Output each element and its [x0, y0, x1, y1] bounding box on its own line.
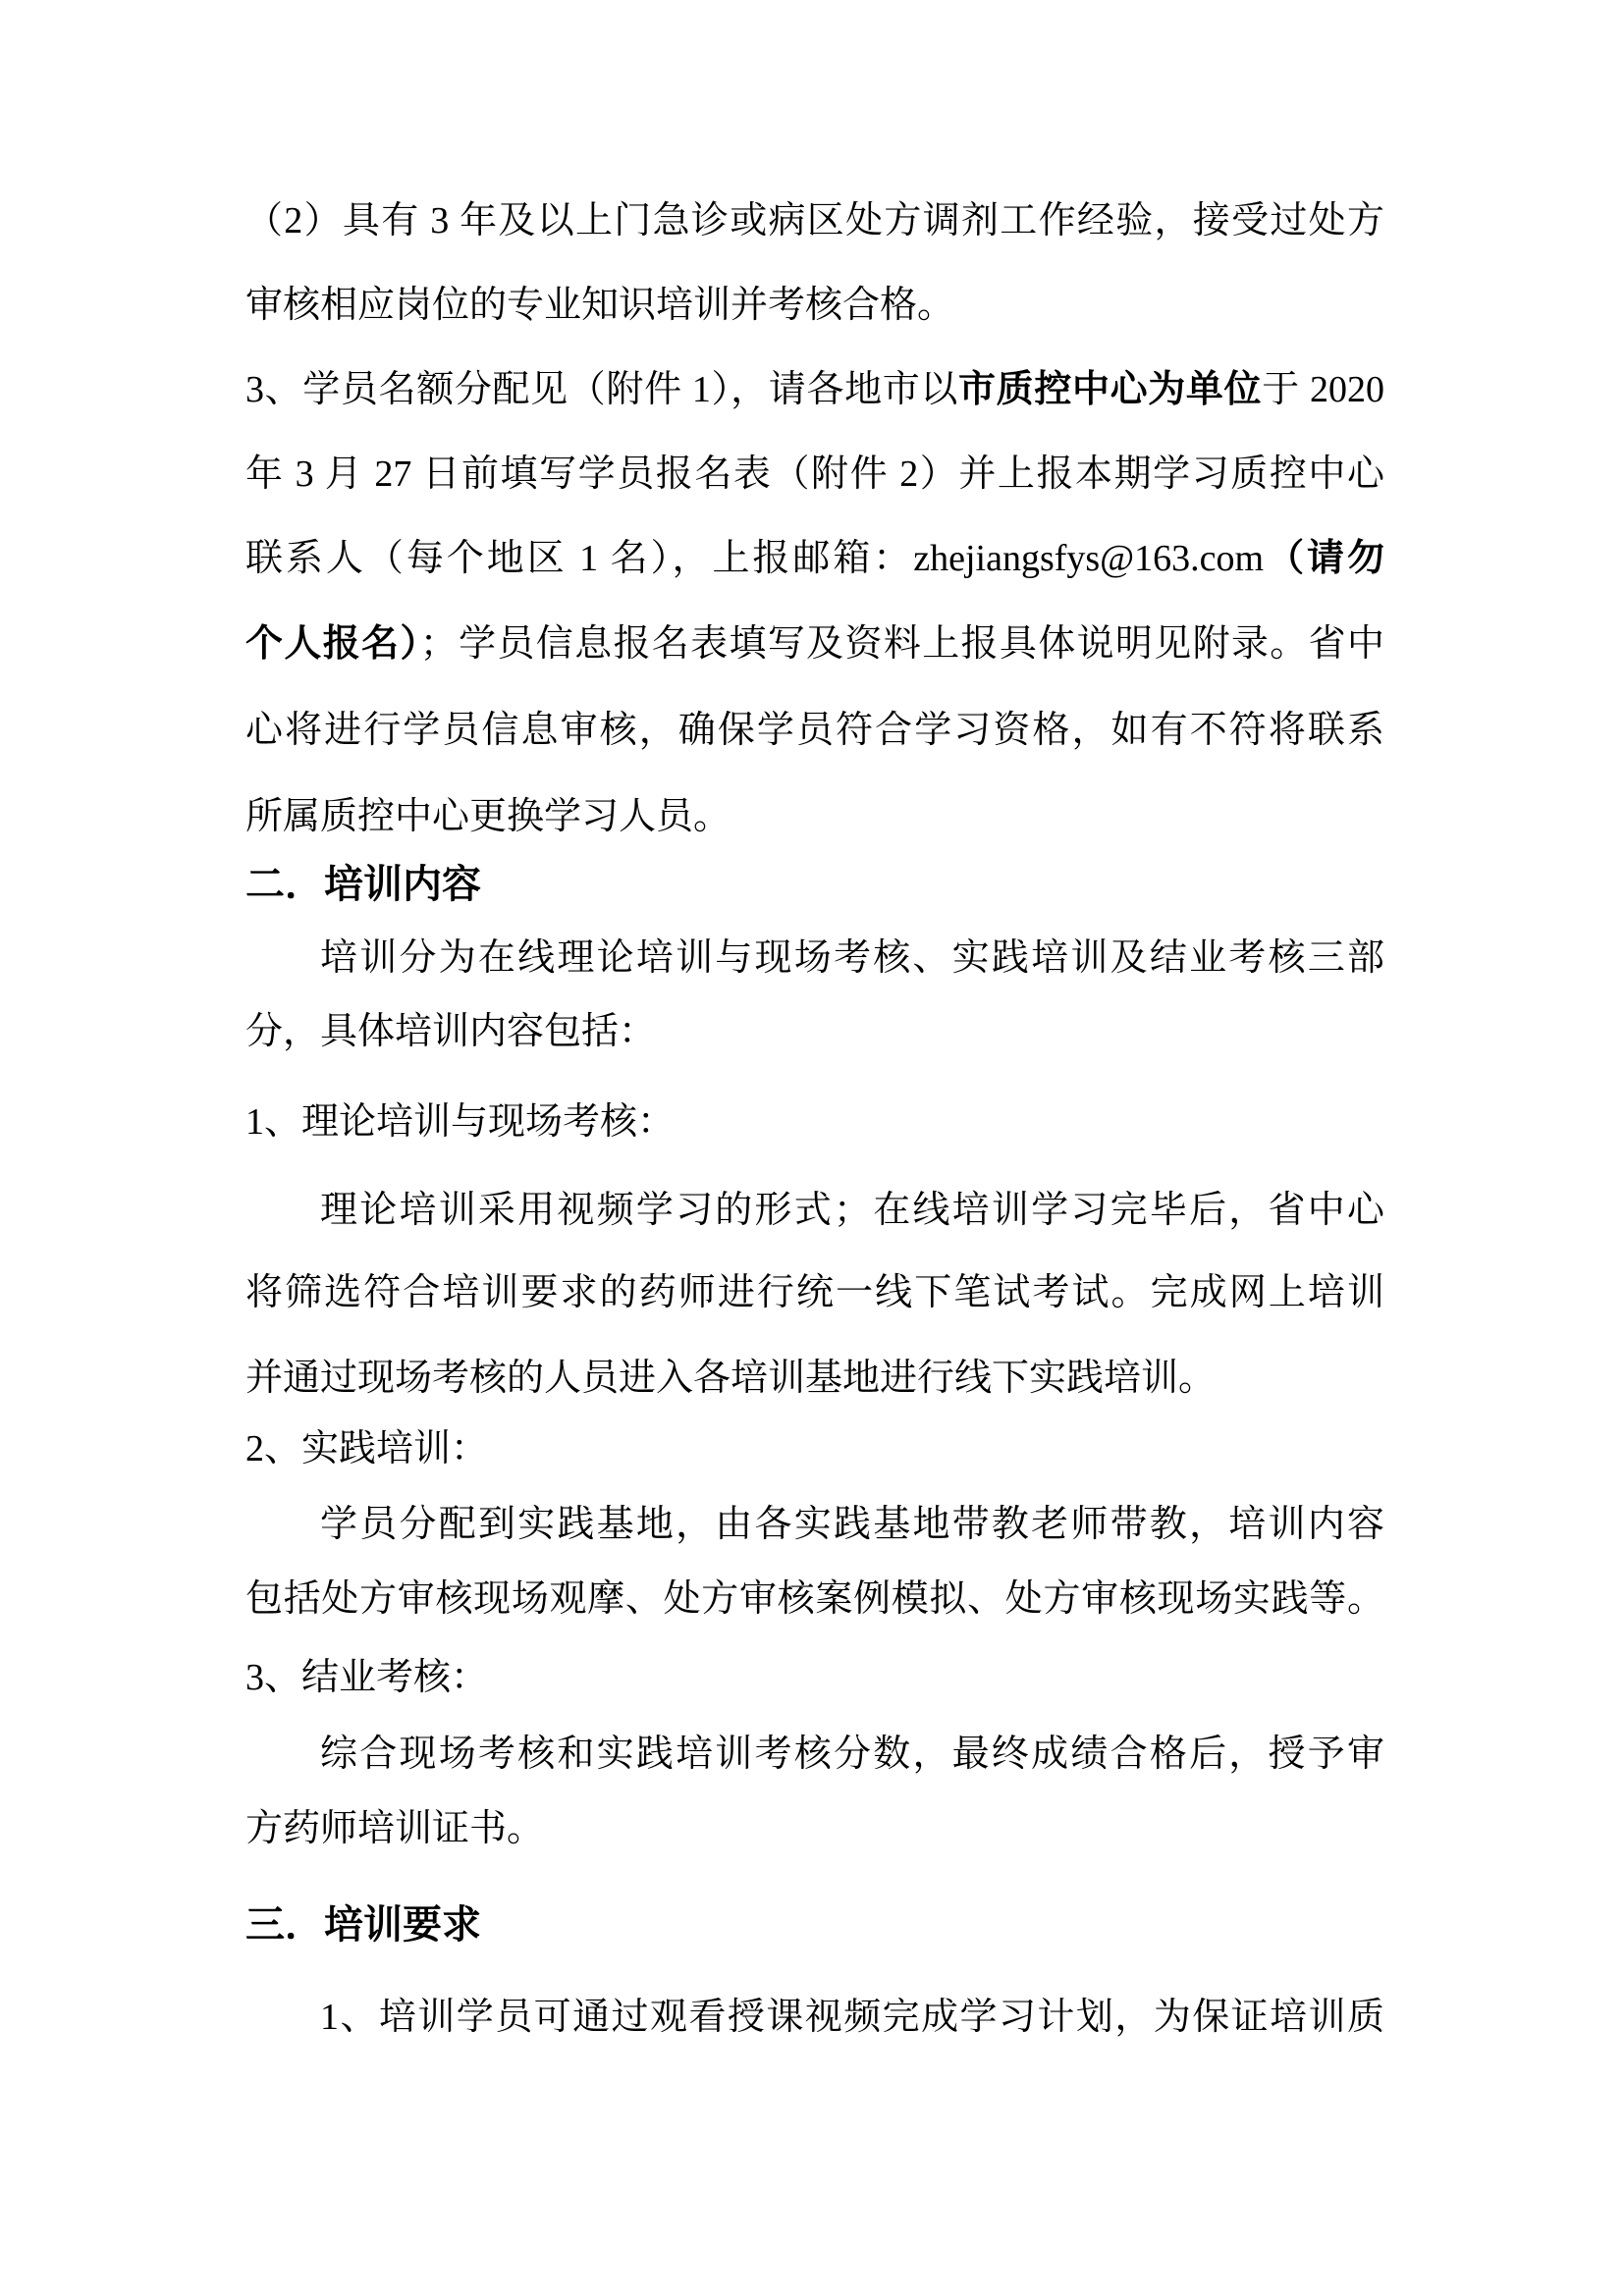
body-line: 个人报名）；学员信息报名表填写及资料上报具体说明见附录。省中: [245, 621, 1384, 667]
body-line: 1、理论培训与现场考核：: [245, 1099, 1384, 1145]
body-text: 于 2020: [1262, 369, 1384, 410]
body-text: 方药师培训证书。: [245, 1808, 544, 1849]
bold-emphasis: （请勿: [1264, 538, 1384, 579]
body-line: 3、结业考核：: [245, 1655, 1384, 1700]
body-line: 培训分为在线理论培训与现场考核、实践培训及结业考核三部: [245, 935, 1384, 981]
body-line: 联系人（每个地区 1 名），上报邮箱：zhejiangsfys@163.com（…: [245, 536, 1384, 581]
body-line: 并通过现场考核的人员进入各培训基地进行线下实践培训。: [245, 1356, 1384, 1401]
body-line: 学员分配到实践基地，由各实践基地带教老师带教，培训内容: [245, 1502, 1384, 1547]
body-line: 年 3 月 27 日前填写学员报名表（附件 2）并上报本期学习质控中心: [245, 452, 1384, 497]
body-line: 审核相应岗位的专业知识培训并考核合格。: [245, 283, 1384, 328]
body-text: 并通过现场考核的人员进入各培训基地进行线下实践培训。: [245, 1358, 1216, 1399]
body-line: 3、学员名额分配见（附件 1），请各地市以市质控中心为单位于 2020: [245, 367, 1384, 412]
heading-text: 三．培训要求: [245, 1903, 481, 1947]
body-text: 将筛选符合培训要求的药师进行统一线下笔试考试。完成网上培训: [245, 1272, 1384, 1313]
body-line: 2、实践培训：: [245, 1426, 1384, 1471]
body-text: 1、培训学员可通过观看授课视频完成学习计划，为保证培训质: [320, 1997, 1384, 2038]
body-text: 联系人（每个地区 1 名），上报邮箱：zhejiangsfys@163.com: [245, 538, 1264, 579]
bold-emphasis: 个人报名）: [245, 623, 420, 665]
body-text: 分，具体培训内容包括：: [245, 1011, 656, 1052]
body-line: 方药师培训证书。: [245, 1806, 1384, 1851]
section-heading-2: 二．培训内容: [245, 862, 1384, 907]
section-heading-3: 三．培训要求: [245, 1902, 1384, 1948]
body-text: 包括处方审核现场观摩、处方审核案例模拟、处方审核现场实践等。: [245, 1578, 1384, 1620]
body-line: 将筛选符合培训要求的药师进行统一线下笔试考试。完成网上培训: [245, 1270, 1384, 1315]
heading-text: 二．培训内容: [245, 863, 481, 906]
body-line: 综合现场考核和实践培训考核分数，最终成绩合格后，授予审: [245, 1732, 1384, 1777]
body-text: 综合现场考核和实践培训考核分数，最终成绩合格后，授予审: [320, 1734, 1384, 1775]
body-line: 分，具体培训内容包括：: [245, 1009, 1384, 1054]
bold-emphasis: 市质控中心为单位: [958, 369, 1262, 410]
body-text: 年 3 月 27 日前填写学员报名表（附件 2）并上报本期学习质控中心: [245, 454, 1384, 495]
document-page: （2）具有 3 年及以上门急诊或病区处方调剂工作经验，接受过处方 审核相应岗位的…: [0, 0, 1624, 2296]
body-line: 所属质控中心更换学习人员。: [245, 794, 1384, 839]
body-line: （2）具有 3 年及以上门急诊或病区处方调剂工作经验，接受过处方: [245, 198, 1384, 243]
body-line: 心将进行学员信息审核，确保学员符合学习资格，如有不符将联系: [245, 708, 1384, 753]
body-text: 1、理论培训与现场考核：: [245, 1101, 675, 1143]
body-line: 包括处方审核现场观摩、处方审核案例模拟、处方审核现场实践等。: [245, 1576, 1384, 1622]
body-text: 所属质控中心更换学习人员。: [245, 796, 731, 837]
body-text: 3、结业考核：: [245, 1657, 488, 1698]
body-text: 心将进行学员信息审核，确保学员符合学习资格，如有不符将联系: [245, 710, 1384, 751]
body-text: 培训分为在线理论培训与现场考核、实践培训及结业考核三部: [320, 937, 1384, 979]
body-text: 2、实践培训：: [245, 1428, 488, 1469]
body-line: 理论培训采用视频学习的形式；在线培训学习完毕后，省中心: [245, 1188, 1384, 1233]
body-text: 审核相应岗位的专业知识培训并考核合格。: [245, 285, 954, 326]
body-line: 1、培训学员可通过观看授课视频完成学习计划，为保证培训质: [245, 1995, 1384, 2040]
body-text: 学员分配到实践基地，由各实践基地带教老师带教，培训内容: [320, 1504, 1384, 1545]
body-text: 理论培训采用视频学习的形式；在线培训学习完毕后，省中心: [320, 1190, 1384, 1231]
body-text: （2）具有 3 年及以上门急诊或病区处方调剂工作经验，接受过处方: [245, 200, 1384, 241]
body-text: 3、学员名额分配见（附件 1），请各地市以: [245, 369, 958, 410]
body-text: ；学员信息报名表填写及资料上报具体说明见附录。省中: [420, 623, 1384, 665]
